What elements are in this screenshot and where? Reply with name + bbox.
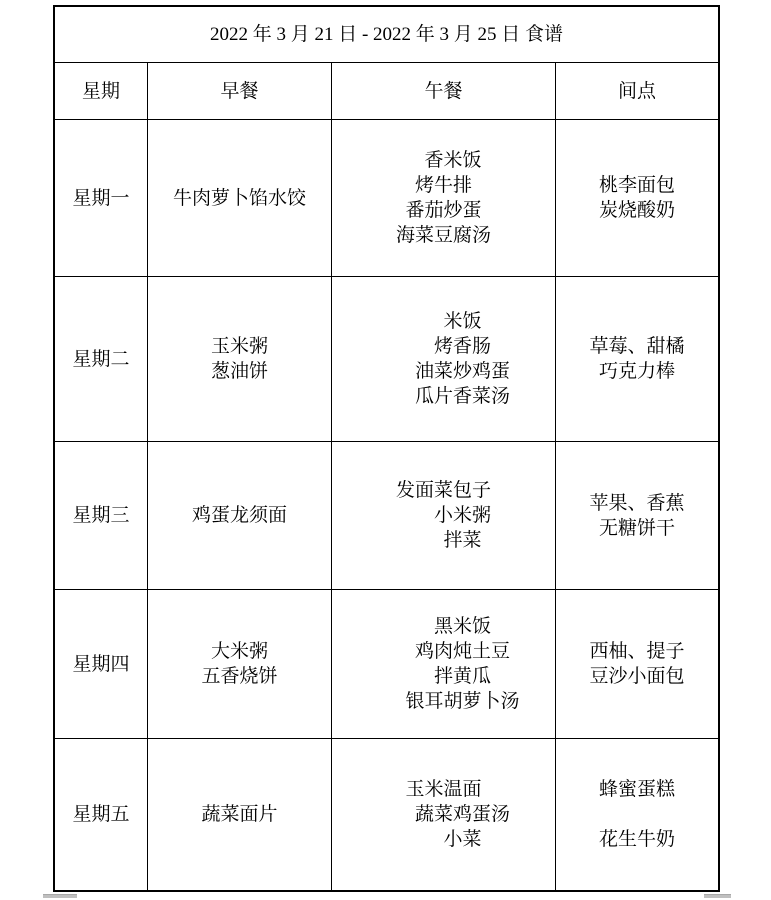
cell-thursday-day: 星期四 xyxy=(55,590,148,739)
cell-monday-breakfast: 牛肉萝卜馅水饺 xyxy=(148,120,332,277)
cell-wednesday-breakfast: 鸡蛋龙须面 xyxy=(148,442,332,590)
cell-thursday-breakfast: 大米粥 五香烧饼 xyxy=(148,590,332,739)
weekly-menu-table: 2022 年 3 月 21 日 - 2022 年 3 月 25 日 食谱 星期 … xyxy=(53,5,720,892)
header-lunch: 午餐 xyxy=(332,63,556,120)
cell-wednesday-day: 星期三 xyxy=(55,442,148,590)
cell-monday-snack: 桃李面包 炭烧酸奶 xyxy=(556,120,718,277)
cell-tuesday-breakfast: 玉米粥 葱油饼 xyxy=(148,277,332,442)
table-title: 2022 年 3 月 21 日 - 2022 年 3 月 25 日 食谱 xyxy=(55,7,718,63)
cell-monday-day: 星期一 xyxy=(55,120,148,277)
document-page: 2022 年 3 月 21 日 - 2022 年 3 月 25 日 食谱 星期 … xyxy=(0,0,771,900)
cell-friday-breakfast: 蔬菜面片 xyxy=(148,739,332,890)
cell-friday-snack: 蜂蜜蛋糕 花生牛奶 xyxy=(556,739,718,890)
table-edge-handle-right xyxy=(704,894,731,898)
cell-thursday-lunch: 黑米饭 鸡肉炖土豆 拌黄瓜 银耳胡萝卜汤 xyxy=(332,590,556,739)
cell-tuesday-lunch: 米饭 烤香肠 油菜炒鸡蛋 瓜片香菜汤 xyxy=(332,277,556,442)
cell-thursday-snack: 西柚、提子 豆沙小面包 xyxy=(556,590,718,739)
cell-tuesday-snack: 草莓、甜橘 巧克力棒 xyxy=(556,277,718,442)
header-breakfast: 早餐 xyxy=(148,63,332,120)
cell-monday-lunch: 香米饭 烤牛排 番茄炒蛋 海菜豆腐汤 xyxy=(332,120,556,277)
cell-wednesday-snack: 苹果、香蕉 无糖饼干 xyxy=(556,442,718,590)
cell-friday-day: 星期五 xyxy=(55,739,148,890)
cell-wednesday-lunch: 发面菜包子 小米粥 拌菜 xyxy=(332,442,556,590)
cell-tuesday-day: 星期二 xyxy=(55,277,148,442)
header-snack: 间点 xyxy=(556,63,718,120)
header-day: 星期 xyxy=(55,63,148,120)
cell-friday-lunch: 玉米温面 蔬菜鸡蛋汤 小菜 xyxy=(332,739,556,890)
table-edge-handle-left xyxy=(43,894,77,898)
